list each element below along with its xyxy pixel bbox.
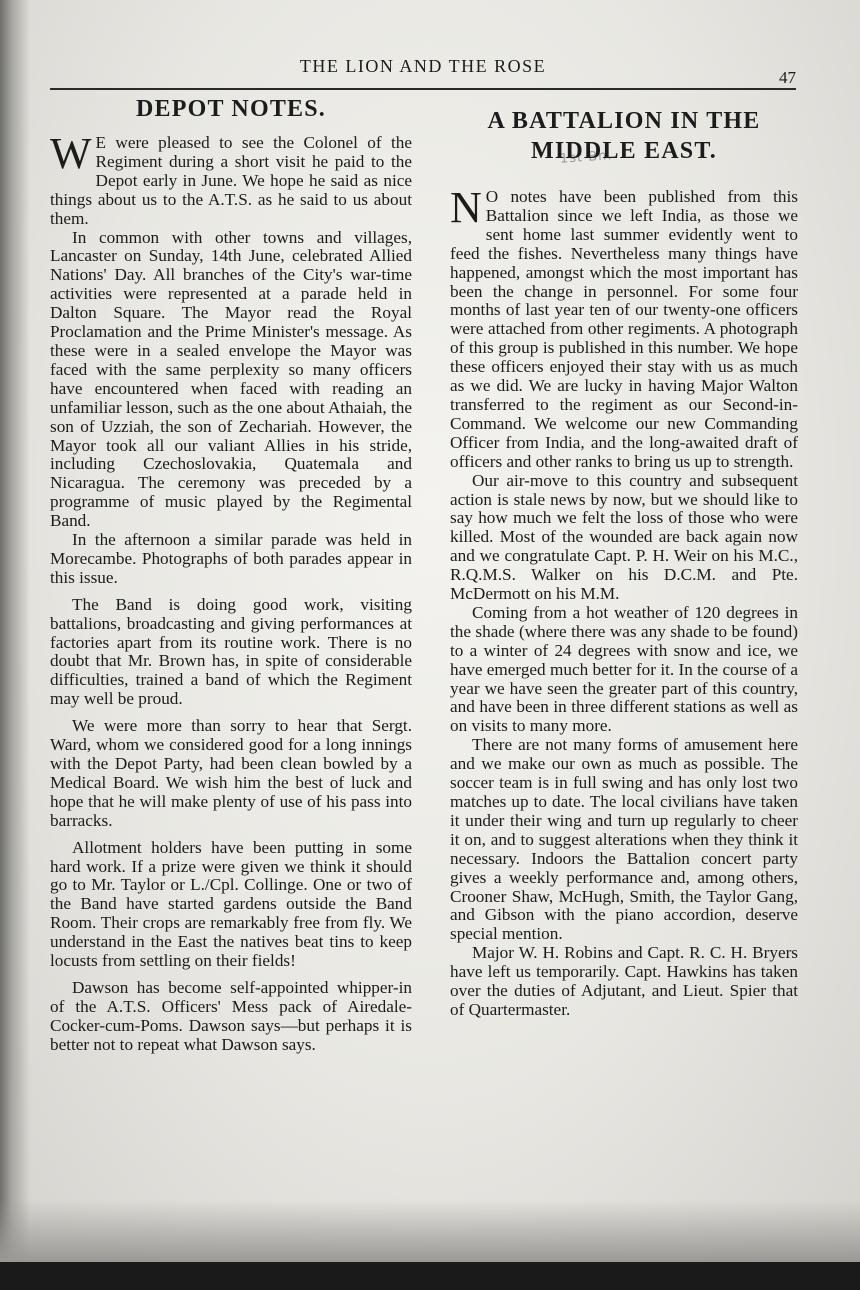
- page-number: 47: [779, 68, 796, 88]
- running-header: THE LION AND THE ROSE 47: [50, 54, 796, 90]
- magazine-page: THE LION AND THE ROSE 47 DEPOT NOTES. WE…: [0, 0, 860, 1262]
- paragraph: WE were pleased to see the Colonel of th…: [50, 134, 412, 229]
- paragraph: There are not many forms of amusement he…: [450, 736, 798, 944]
- page-bottom-shadow: [0, 1200, 860, 1262]
- drop-cap: W: [50, 136, 92, 172]
- paragraph: Allotment holders have been putting in s…: [50, 839, 412, 971]
- article-title-depot-notes: DEPOT NOTES.: [50, 94, 412, 124]
- paragraph: In common with other towns and villages,…: [50, 229, 412, 532]
- page-spine-shadow: [0, 0, 30, 1262]
- paragraph: NO notes have been published from this B…: [450, 188, 798, 472]
- paragraph: We were more than sorry to hear that Ser…: [50, 717, 412, 830]
- left-column: DEPOT NOTES. WE were pleased to see the …: [50, 94, 412, 1055]
- paragraph: Our air-move to this country and subsequ…: [450, 472, 798, 604]
- paragraph: The Band is doing good work, visiting ba…: [50, 596, 412, 709]
- paragraph: Dawson has become self-appointed whipper…: [50, 979, 412, 1055]
- article-title-battalion: A BATTALION IN THE MIDDLE EAST.: [450, 106, 798, 166]
- paragraph: Coming from a hot weather of 120 degrees…: [450, 604, 798, 736]
- right-column: A BATTALION IN THE MIDDLE EAST. NO notes…: [450, 106, 798, 1020]
- paragraph: In the afternoon a similar parade was he…: [50, 531, 412, 588]
- paragraph: Major W. H. Robins and Capt. R. C. H. Br…: [450, 944, 798, 1020]
- drop-cap: N: [450, 190, 482, 226]
- running-title: THE LION AND THE ROSE: [50, 56, 796, 77]
